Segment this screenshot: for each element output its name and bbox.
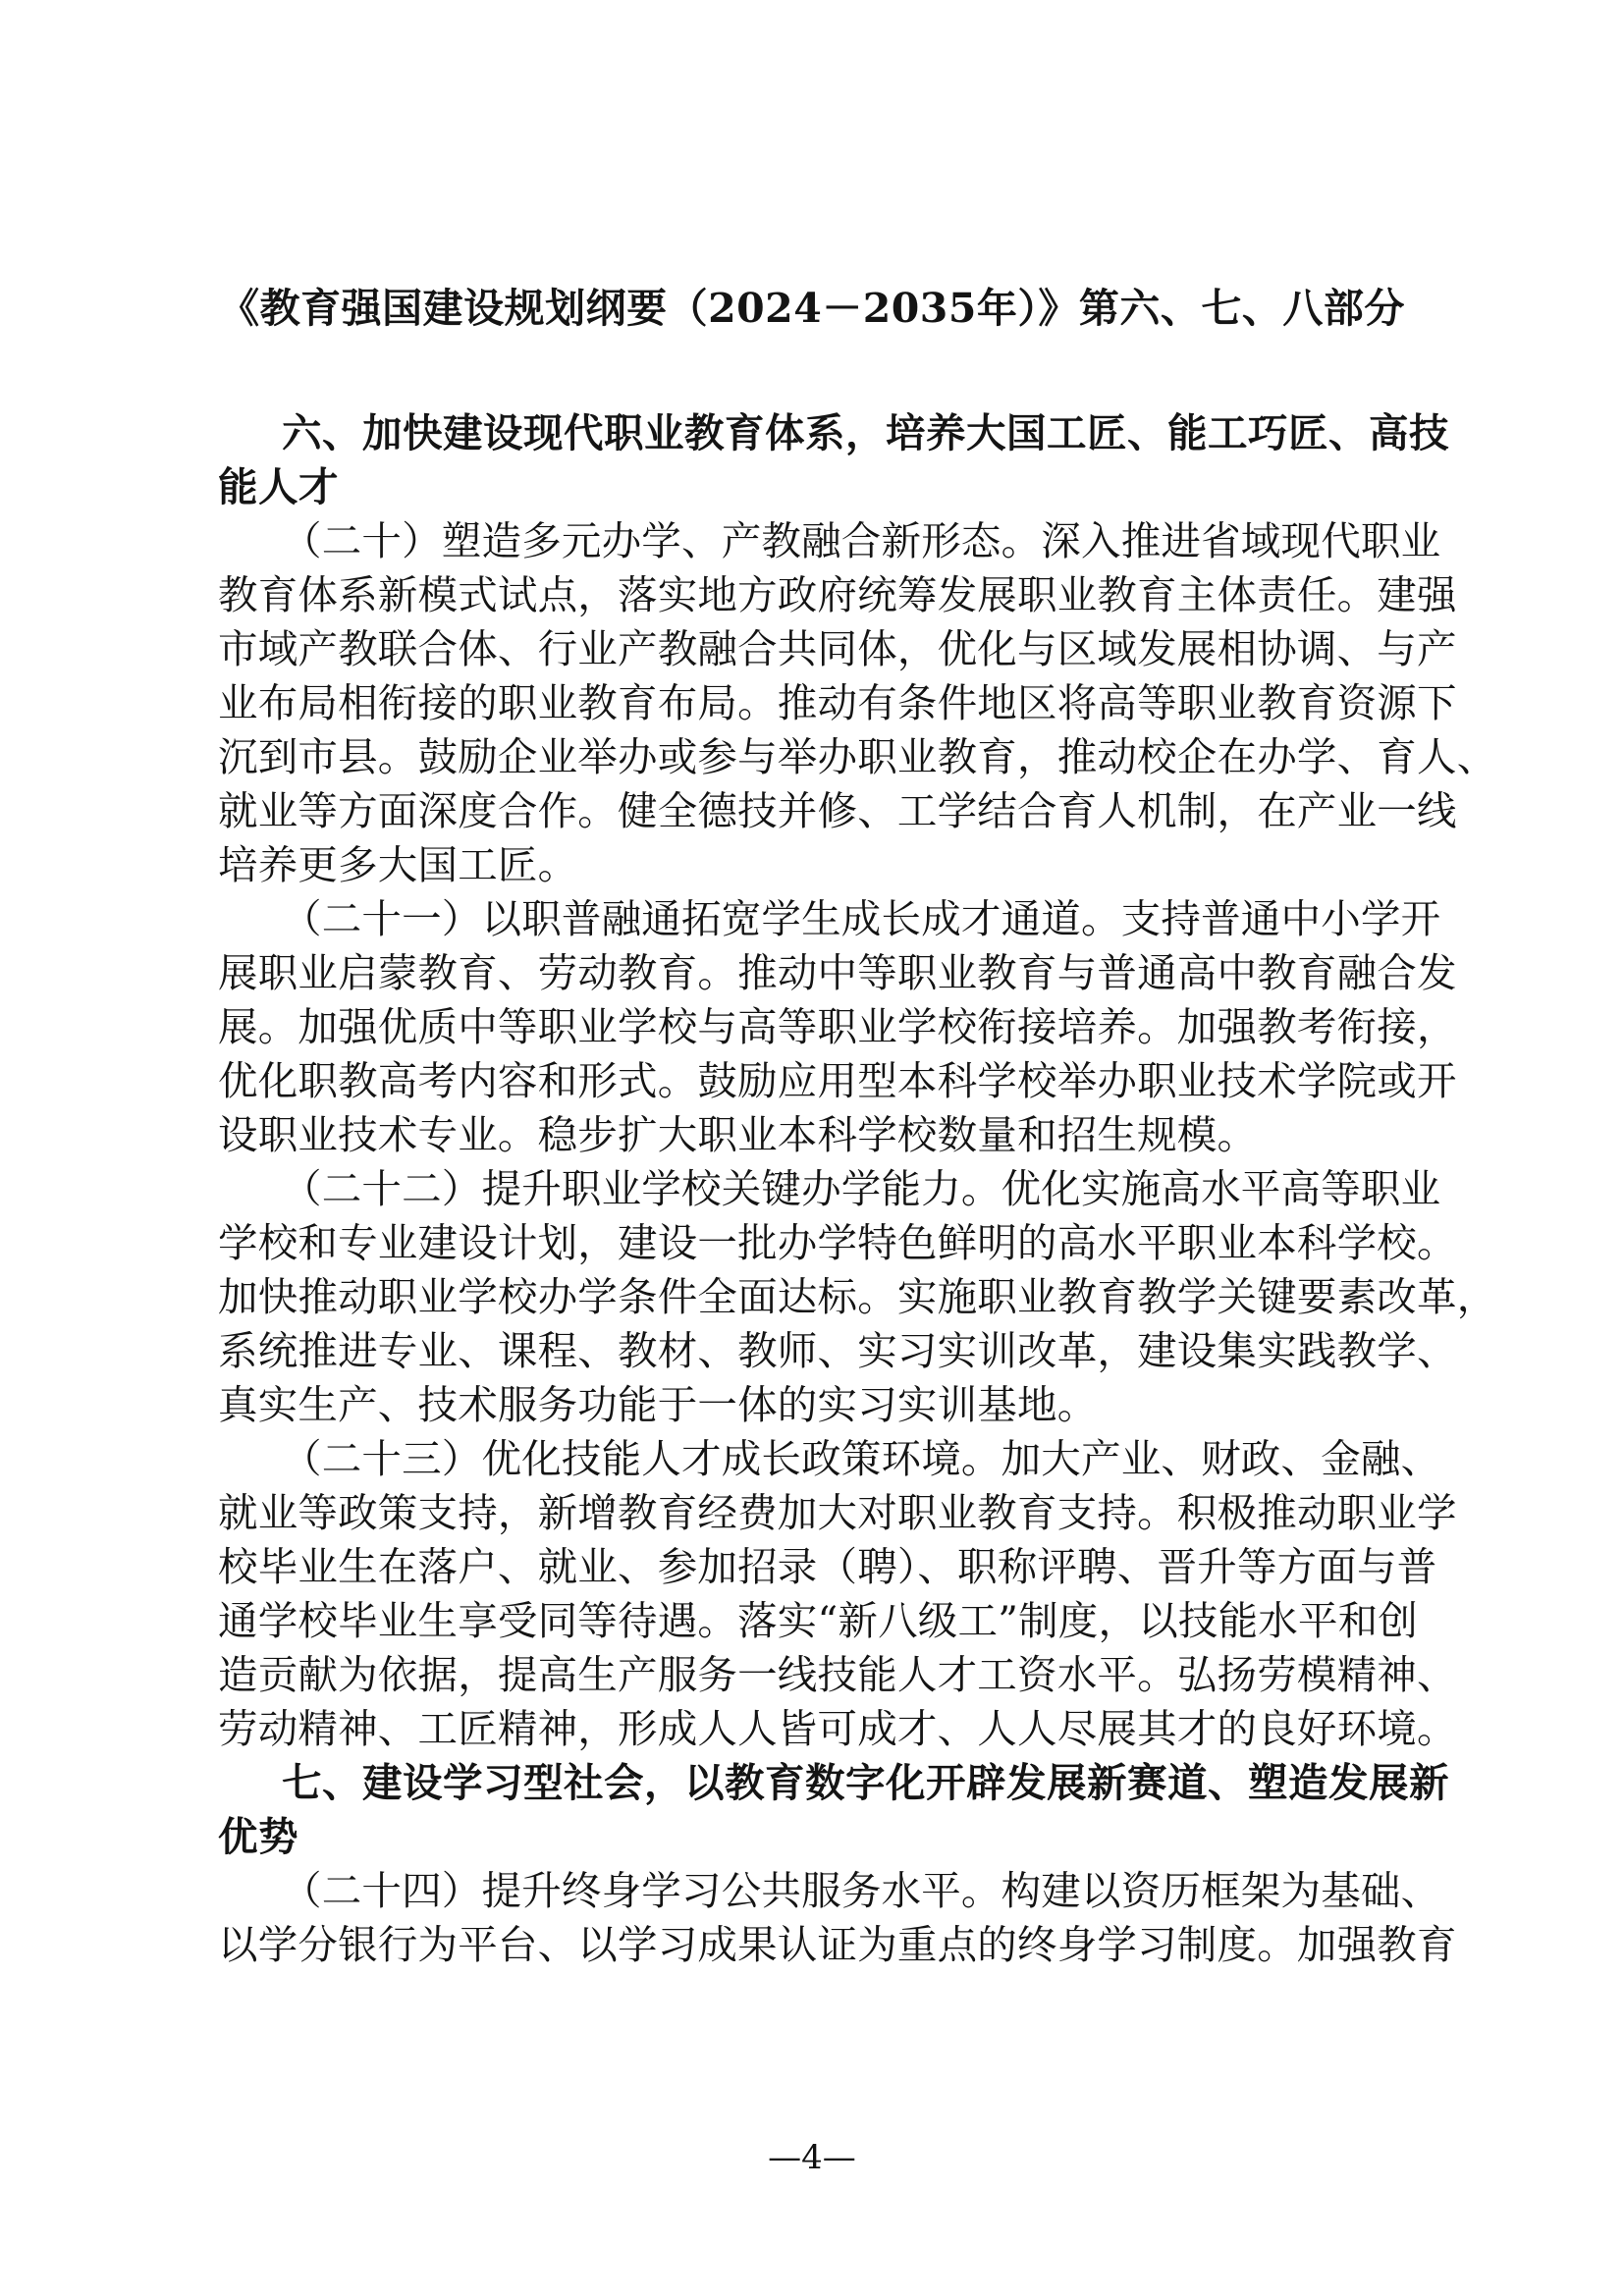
paragraph-22-line: （二十二）提升职业学校关键办学能力。优化实施高水平高等职业 xyxy=(218,1162,1463,1216)
paragraph-23-line: 劳动精神、工匠精神，形成人人皆可成才、人人尽展其才的良好环境。 xyxy=(218,1702,1463,1756)
paragraph-22-line: 学校和专业建设计划，建设一批办学特色鲜明的高水平职业本科学校。 xyxy=(218,1216,1463,1270)
paragraph-21-line: 展。加强优质中等职业学校与高等职业学校衔接培养。加强教考衔接， xyxy=(218,1000,1463,1054)
paragraph-20-line: 培养更多大国工匠。 xyxy=(218,838,1463,892)
paragraph-21-line: 优化职教高考内容和形式。鼓励应用型本科学校举办职业技术学院或开 xyxy=(218,1054,1463,1108)
paragraph-20-line: 业布局相衔接的职业教育布局。推动有条件地区将高等职业教育资源下 xyxy=(218,676,1463,730)
page-number: —4— xyxy=(0,2138,1624,2177)
paragraph-20-line: 教育体系新模式试点，落实地方政府统筹发展职业教育主体责任。建强 xyxy=(218,568,1463,622)
section-6-heading-line: 能人才 xyxy=(218,460,1463,514)
paragraph-20-line: （二十）塑造多元办学、产教融合新形态。深入推进省域现代职业 xyxy=(218,514,1463,568)
paragraph-22-line: 系统推进专业、课程、教材、教师、实习实训改革，建设集实践教学、 xyxy=(218,1324,1463,1378)
paragraph-22-line: 加快推动职业学校办学条件全面达标。实施职业教育教学关键要素改革， xyxy=(218,1270,1463,1324)
paragraph-23-line: （二十三）优化技能人才成长政策环境。加大产业、财政、金融、 xyxy=(218,1432,1463,1486)
document-page: 《教育强国建设规划纲要（2024－2035年）》第六、七、八部分 六、加快建设现… xyxy=(0,0,1624,2296)
document-body: 六、加快建设现代职业教育体系，培养大国工匠、能工巧匠、高技能人才（二十）塑造多元… xyxy=(218,406,1463,1972)
paragraph-23-line: 就业等政策支持，新增教育经费加大对职业教育支持。积极推动职业学 xyxy=(218,1486,1463,1540)
paragraph-23-line: 通学校毕业生享受同等待遇。落实“新八级工”制度，以技能水平和创 xyxy=(218,1594,1463,1648)
paragraph-21-line: 设职业技术专业。稳步扩大职业本科学校数量和招生规模。 xyxy=(218,1108,1463,1162)
paragraph-22-line: 真实生产、技术服务功能于一体的实习实训基地。 xyxy=(218,1378,1463,1432)
section-7-heading-line: 七、建设学习型社会，以教育数字化开辟发展新赛道、塑造发展新 xyxy=(218,1756,1463,1810)
paragraph-21-line: 展职业启蒙教育、劳动教育。推动中等职业教育与普通高中教育融合发 xyxy=(218,946,1463,1000)
paragraph-20-line: 就业等方面深度合作。健全德技并修、工学结合育人机制，在产业一线 xyxy=(218,784,1463,838)
paragraph-20-line: 沉到市县。鼓励企业举办或参与举办职业教育，推动校企在办学、育人、 xyxy=(218,730,1463,784)
document-title: 《教育强国建设规划纲要（2024－2035年）》第六、七、八部分 xyxy=(0,283,1624,334)
section-7-heading-line: 优势 xyxy=(218,1810,1463,1864)
section-6-heading-line: 六、加快建设现代职业教育体系，培养大国工匠、能工巧匠、高技 xyxy=(218,406,1463,460)
paragraph-23-line: 校毕业生在落户、就业、参加招录（聘）、职称评聘、晋升等方面与普 xyxy=(218,1540,1463,1594)
paragraph-24-line: （二十四）提升终身学习公共服务水平。构建以资历框架为基础、 xyxy=(218,1864,1463,1918)
paragraph-20-line: 市域产教联合体、行业产教融合共同体，优化与区域发展相协调、与产 xyxy=(218,622,1463,676)
paragraph-24-line: 以学分银行为平台、以学习成果认证为重点的终身学习制度。加强教育 xyxy=(218,1918,1463,1972)
paragraph-21-line: （二十一）以职普融通拓宽学生成长成才通道。支持普通中小学开 xyxy=(218,892,1463,946)
paragraph-23-line: 造贡献为依据，提高生产服务一线技能人才工资水平。弘扬劳模精神、 xyxy=(218,1648,1463,1702)
